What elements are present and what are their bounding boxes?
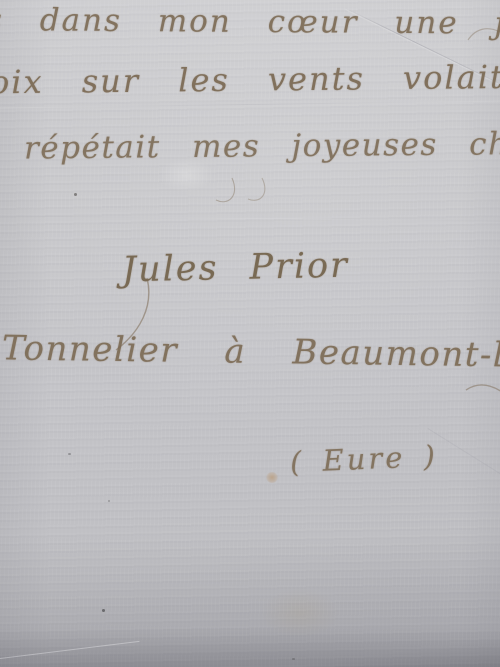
paper-speck <box>68 453 71 455</box>
paper-speck <box>102 609 105 612</box>
handwriting-line-department: ( Eure ) <box>289 439 438 479</box>
handwritten-text: oix sur les vents volait dans <box>0 57 500 102</box>
handwritten-text: s dans mon cœur une joie <box>0 2 500 42</box>
paper-speck <box>108 500 110 502</box>
handwriting-line-3: répétait mes joyeuses chanso <box>24 126 500 167</box>
handwritten-text: répétait mes joyeuses chanso <box>24 126 500 167</box>
manuscript-photo: s dans mon cœur une joie oix sur les ven… <box>0 0 500 667</box>
paper-speck <box>292 658 295 660</box>
handwritten-text: ( Eure ) <box>289 439 438 479</box>
handwriting-line-1: s dans mon cœur une joie <box>0 2 500 42</box>
paper-speck <box>74 193 77 196</box>
signature-text: Jules Prior <box>122 246 350 291</box>
signature: Jules Prior <box>122 246 350 291</box>
handwriting-line-2: oix sur les vents volait dans <box>0 57 500 102</box>
handwritten-text: Tonnelier à Beaumont-le <box>2 328 500 375</box>
handwriting-line-occupation-place: Tonnelier à Beaumont-le <box>2 328 500 375</box>
